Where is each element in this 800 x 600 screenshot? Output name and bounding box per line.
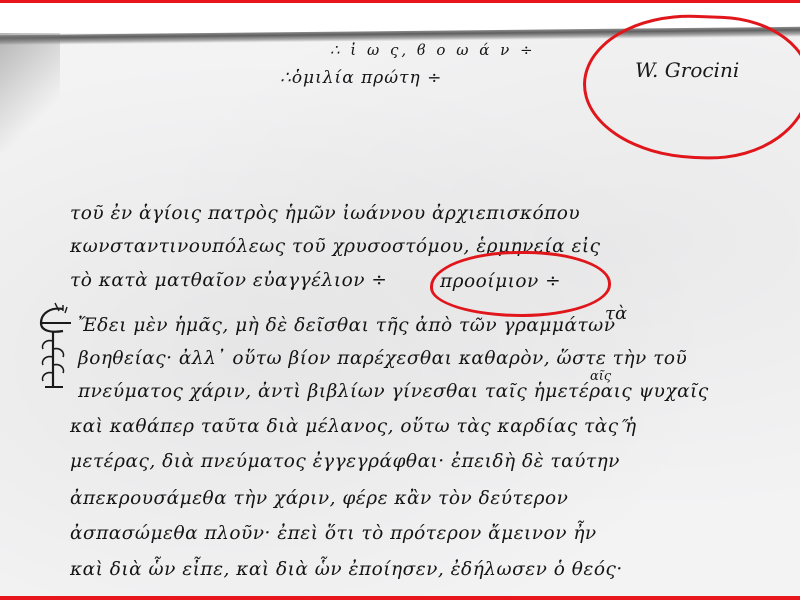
marginal-mark-line-7: ″ (622, 416, 629, 437)
decorated-initial-epsilon-icon (33, 301, 75, 393)
red-annotation-circle-signature (581, 11, 800, 163)
page-left-shadow (0, 33, 60, 153)
body-line-1: τοῦ ἐν ἁγίοις πατρὸς ἡμῶν ἰωάννου ἀρχιεπ… (70, 203, 580, 224)
header-line-1: ∴ ἰ ω ς, ϐ ο ω ά ν ÷ (330, 41, 536, 59)
body-line-10: ἀσπασώμεθα πλοῦν· ἐπεὶ ὅτι τὸ πρότερον ἄ… (70, 523, 597, 544)
body-line-6: πνεύματος χάριν, ἀντὶ βιβλίων γίνεσθαι τ… (78, 381, 709, 402)
body-line-5: βοηθείας· ἀλλ᾽ οὕτω βίον παρέχεσθαι καθα… (78, 348, 687, 369)
body-line-8: μετέρας, διὰ πνεύματος ἐγγεγράφθαι· ἐπει… (70, 451, 620, 472)
marginal-correction-line-6: αῖς (590, 369, 611, 384)
homily-title: ∴ὁμιλία πρώτη ÷ (280, 68, 442, 88)
body-line-3: τὸ κατὰ ματθαῖον εὐαγγέλιον ÷ (70, 270, 387, 291)
red-annotation-circle-prooimion (430, 251, 611, 317)
bottom-red-border (0, 596, 800, 600)
body-line-4: Ἔδει μὲν ἡμᾶς, μὴ δὲ δεῖσθαι τῆς ἀπὸ τῶν… (78, 315, 616, 336)
manuscript-page: ∴ ἰ ω ς, ϐ ο ω ά ν ÷ ∴ὁμιλία πρώτη ÷ W. … (0, 3, 800, 596)
body-line-9: ἀπεκρουσάμεθα τὴν χάριν, φέρε κἂν τὸν δε… (70, 488, 568, 509)
body-line-7: καὶ καθάπερ ταῦτα διὰ μέλανος, οὕτω τὰς … (70, 416, 637, 437)
body-line-11: καὶ διὰ ὧν εἶπε, καὶ διὰ ὧν ἐποίησεν, ἐδ… (70, 559, 623, 580)
marginal-correction-line-4: τὰ (605, 303, 627, 324)
